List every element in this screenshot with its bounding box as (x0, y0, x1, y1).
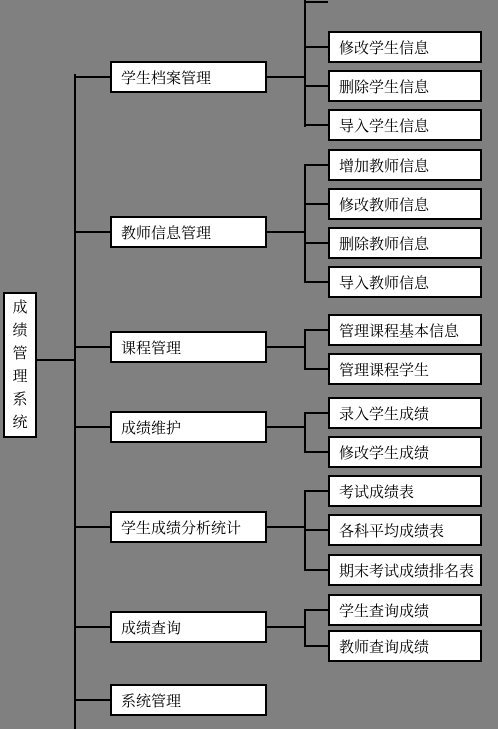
connector-line (75, 231, 110, 233)
node-label: 课程管理 (121, 337, 181, 358)
connector-line (75, 426, 110, 428)
connector-line (306, 242, 328, 244)
connector-line (267, 231, 305, 233)
connector-line (306, 529, 328, 531)
node-label: 修改学生成绩 (339, 442, 429, 463)
node-label: 学生查询成绩 (339, 600, 429, 621)
connector-line (306, 203, 328, 205)
node-label: 学生成绩分析统计 (121, 517, 241, 538)
node-label: 考试成绩表 (339, 481, 414, 502)
connector-line (306, 569, 328, 571)
spine-line (304, 609, 306, 647)
node-label: 成绩查询 (121, 617, 181, 638)
connector-line (306, 490, 328, 492)
node-grade-query: 成绩查询 (110, 611, 267, 643)
node-label: 删除学生信息 (339, 76, 429, 97)
trunk-line (74, 74, 76, 729)
node-label: 教师信息管理 (121, 222, 211, 243)
node-root: 成绩管理系统 (3, 292, 37, 438)
node-label: 成绩管理系统 (12, 296, 28, 434)
spine-line (304, 0, 306, 127)
root-connector-line (37, 359, 75, 361)
node-label: 教师查询成绩 (339, 636, 429, 657)
node-label: 各科平均成绩表 (339, 520, 444, 541)
node-final-exam-ranking-table: 期末考试成绩排名表 (328, 554, 482, 586)
node-course-management: 课程管理 (110, 331, 267, 363)
connector-line (306, 164, 328, 166)
node-delete-student-info: 删除学生信息 (328, 70, 482, 102)
connector-line (267, 626, 305, 628)
connector-line (306, 412, 328, 414)
node-import-teacher-info: 导入教师信息 (328, 266, 482, 298)
node-label: 删除教师信息 (339, 233, 429, 254)
connector-line (75, 699, 110, 701)
node-student-query-grades: 学生查询成绩 (328, 594, 482, 626)
connector-line (306, 281, 328, 283)
connector-line (306, 124, 328, 126)
node-manage-course-students: 管理课程学生 (328, 353, 482, 385)
node-label: 修改教师信息 (339, 194, 429, 215)
node-label: 系统管理 (121, 690, 181, 711)
node-label: 导入学生信息 (339, 115, 429, 136)
node-grade-analysis-statistics: 学生成绩分析统计 (110, 511, 267, 543)
node-label: 管理课程基本信息 (339, 320, 459, 341)
node-label: 录入学生成绩 (339, 403, 429, 424)
node-grade-maintenance: 成绩维护 (110, 411, 267, 443)
node-modify-student-info: 修改学生信息 (328, 31, 482, 63)
node-exam-grade-table: 考试成绩表 (328, 475, 482, 507)
connector-line (75, 346, 110, 348)
node-modify-student-grades: 修改学生成绩 (328, 436, 482, 468)
connector-line (306, 645, 328, 647)
spine-line (304, 329, 306, 370)
node-label: 成绩维护 (121, 417, 181, 438)
node-label: 学生档案管理 (121, 67, 211, 88)
node-delete-teacher-info: 删除教师信息 (328, 227, 482, 259)
node-import-student-info: 导入学生信息 (328, 109, 482, 141)
node-system-management: 系统管理 (110, 684, 267, 716)
node-student-records-management: 学生档案管理 (110, 61, 267, 93)
connector-line (306, 451, 328, 453)
node-modify-teacher-info: 修改教师信息 (328, 188, 482, 220)
node-label: 导入教师信息 (339, 272, 429, 293)
connector-line (267, 426, 305, 428)
connector-line (306, 609, 328, 611)
node-label: 期末考试成绩排名表 (339, 560, 474, 581)
connector-line (306, 329, 328, 331)
node-enter-student-grades: 录入学生成绩 (328, 397, 482, 429)
node-subject-average-grade-table: 各科平均成绩表 (328, 514, 482, 546)
connector-line (267, 346, 305, 348)
spine-line (304, 412, 306, 453)
node-teacher-info-management: 教师信息管理 (110, 216, 267, 248)
connector-line (267, 76, 305, 78)
node-teacher-query-grades: 教师查询成绩 (328, 630, 482, 662)
connector-line (75, 626, 110, 628)
connector-line (306, 46, 328, 48)
node-add-teacher-info: 增加教师信息 (328, 149, 482, 181)
spine-line (304, 164, 306, 283)
connector-line (75, 76, 110, 78)
connector-line (75, 526, 110, 528)
node-manage-course-basic-info: 管理课程基本信息 (328, 314, 482, 346)
connector-line (267, 526, 305, 528)
connector-line (306, 85, 328, 87)
node-label: 管理课程学生 (339, 359, 429, 380)
connector-line (306, 368, 328, 370)
node-label: 增加教师信息 (339, 155, 429, 176)
cropped-leaf-stub-line (304, 1, 328, 3)
org-chart: 成绩管理系统 学生档案管理 教师信息管理 课程管理 成绩维护 学生成绩分析统计 … (0, 0, 498, 729)
node-label: 修改学生信息 (339, 37, 429, 58)
